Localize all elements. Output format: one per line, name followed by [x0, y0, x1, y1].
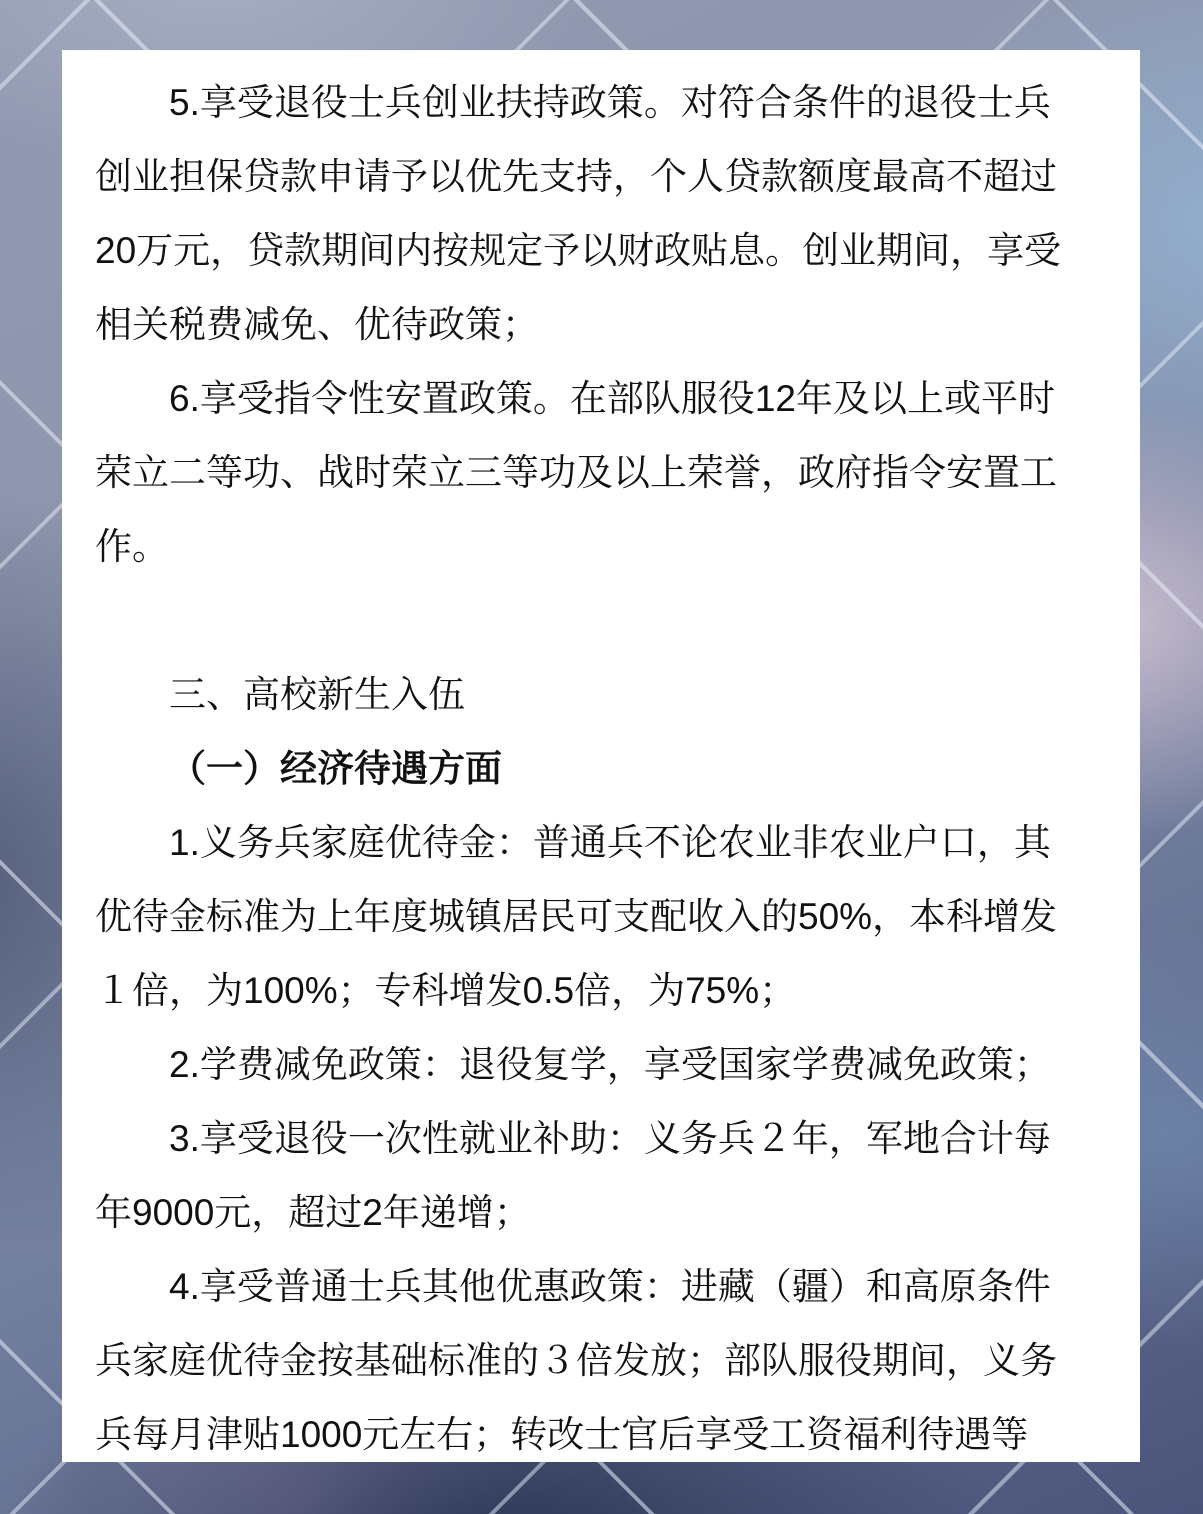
- paragraph-benefit-2: 2.学费减免政策：退役复学，享受国家学费减免政策；: [95, 1028, 1105, 1102]
- paragraph-benefit-4: 4.享受普通士兵其他优惠政策：进藏（疆）和高原条件 兵家庭优待金按基础标准的３倍…: [95, 1250, 1105, 1462]
- document-card: 5.享受退役士兵创业扶持政策。对符合条件的退役士兵 创业担保贷款申请予以优先支持…: [62, 50, 1140, 1462]
- marble-tile-background: 5.享受退役士兵创业扶持政策。对符合条件的退役士兵 创业担保贷款申请予以优先支持…: [0, 0, 1203, 1514]
- paragraph-benefit-3: 3.享受退役一次性就业补助：义务兵２年，军地合计每 年9000元，超过2年递增；: [95, 1102, 1105, 1250]
- paragraph-benefit-5: 5.享受退役士兵创业扶持政策。对符合条件的退役士兵 创业担保贷款申请予以优先支持…: [95, 66, 1105, 362]
- paragraph-benefit-1: 1.义务兵家庭优待金：普通兵不论农业非农业户口，其 优待金标准为上年度城镇居民可…: [95, 806, 1105, 1028]
- paragraph-benefit-6: 6.享受指令性安置政策。在部队服役12年及以上或平时 荣立二等功、战时荣立三等功…: [95, 362, 1105, 584]
- subsection-heading: （一）经济待遇方面: [95, 732, 1105, 806]
- section-heading: 三、高校新生入伍: [95, 658, 1105, 732]
